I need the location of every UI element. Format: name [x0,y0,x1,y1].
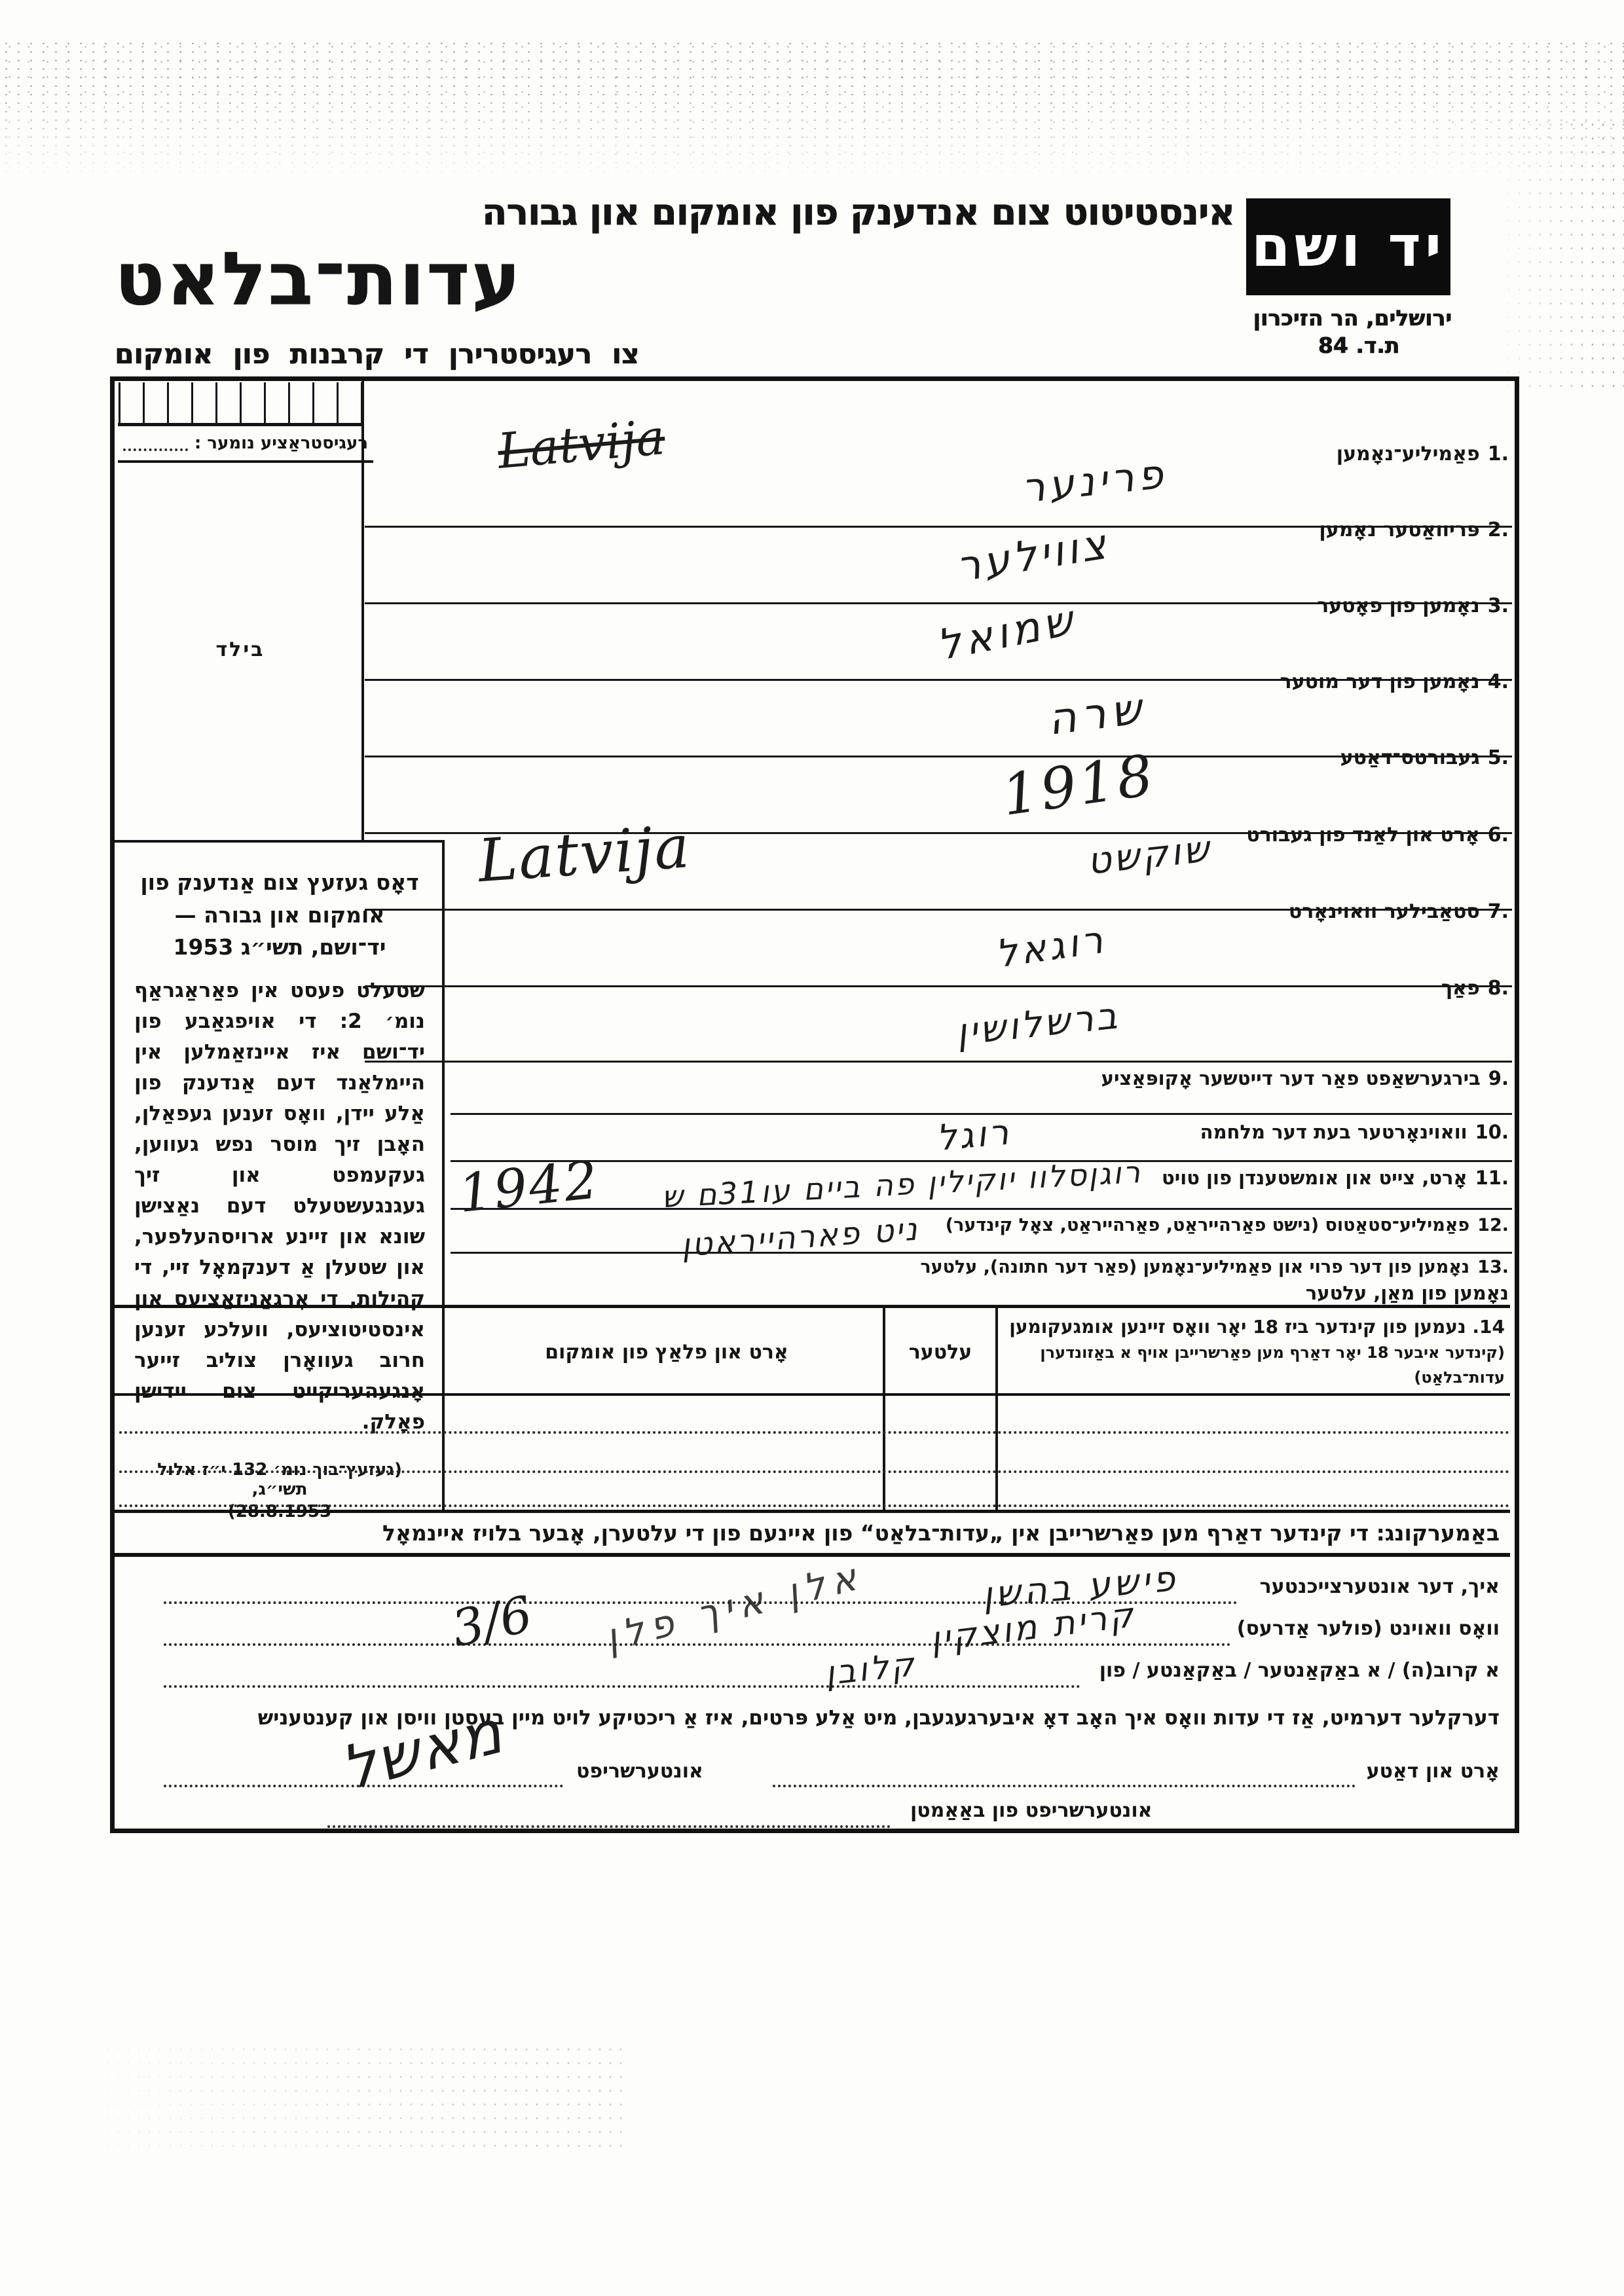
husband-name-label: נאָמען פון מאַן, עלטער [1306,1282,1509,1304]
field-label-3: 3.נאָמען פון פאָטער [1317,594,1509,617]
photo-box-divider [361,381,364,840]
institute-title: אינסטיטוט צום אנדענק פון אומקום און גבור… [216,191,1234,234]
registration-number-row: רעגיסטראַציע נומער : [118,426,373,463]
relative-field [164,1685,1080,1688]
table-row-line-2 [119,1470,1510,1473]
law-title: דאָס געזעץ צום אַנדענק פון אומקום און גב… [134,866,425,964]
law-body: שטעלט פעסט אין פאַראַגראַף נומ׳ 2: די או… [134,975,425,1438]
place-date-field [773,1785,1356,1787]
sidebar-divider [442,843,445,1512]
scanned-testimony-form: אינסטיטוט צום אנדענק פון אומקום און גבור… [0,0,1624,2296]
table-row-line-3 [119,1504,1510,1507]
scan-noise-right [1493,118,1624,393]
field-line-12 [451,1252,1512,1254]
table-header-place: אָרט און פלאַץ פון אומקום [451,1341,883,1364]
scan-noise-bottom [39,2043,629,2147]
address-label: וואָס וואוינט (פולער אַדרעס) [1237,1617,1500,1640]
law-citation-1: (געזעץ־בוך נומ׳ 132 י״ז אלול תשי״ג, [128,1460,432,1499]
field-label-2: 2.פּריוואַטער נאָמען [1319,519,1509,541]
note-bottom-border [115,1553,1510,1557]
official-signature-label: אונטערשריפט פון באַאַמטן [910,1799,1152,1822]
field-label-9: 9.בירגערשאַפט פאַר דער דייטשער אָקופּאַצ… [1101,1067,1509,1089]
undersigned-label: איך, דער אונטערצייכנטער [1260,1575,1500,1598]
page-title: עדות־בלאט [115,237,523,322]
signature-label: אונטערשריפט [576,1760,703,1783]
field-label-5: 5.געבורטס־דאַטע [1340,746,1509,769]
page-subtitle: צו רעגיסטרירן די קרבנות פון אומקום [115,338,639,370]
note-top-border [115,1510,1510,1513]
table-row-line-1 [119,1431,1510,1434]
scan-noise-top [0,39,1624,183]
field-label-8: 8.פאַך [1441,977,1509,1000]
table-col-divider-age-right [995,1305,998,1510]
note-text: באַמערקונג: די קינדער דאַרף מען פאַרשריי… [128,1520,1500,1546]
registration-number-label: רעגיסטראַציע נומער : [194,433,368,453]
field-line-11 [451,1208,1512,1210]
table-header-age: עלטער [885,1341,995,1364]
table-col-divider-age-left [883,1305,885,1510]
address-field [164,1643,1231,1646]
field-label-10: 10.וואוינאָרטער בעת דער מלחמה [1200,1121,1509,1143]
table-top-border [115,1305,1510,1308]
official-signature-field [327,1825,891,1828]
logo-pob: ת.ד. 84 [1300,333,1418,358]
relative-label: א קרוב(ה) / א באַקאַנטער / באַקאַנטע / פ… [1099,1659,1500,1682]
field-label-6: 6.אָרט און לאַנד פון געבורט [1246,824,1509,847]
declaration-text: דערקלער דערמיט, אַז די עדות וואָס איך הא… [151,1702,1500,1735]
table-header-bottom-border [115,1393,1510,1396]
field-label-1: 1.פאַמיליע־נאָמען [1337,443,1509,465]
field-label-13: 13.נאָמען פון דער פרוי און פאַמיליע־נאָמ… [920,1257,1509,1277]
place-date-label: אָרט און דאַטע [1367,1760,1500,1783]
field-line-8 [365,1061,1512,1063]
field-label-4: 4.נאָמען פון דער מוטער [1280,670,1509,693]
table-header-children: 14. נעמען פון קינדער ביז 18 יאָר וואָס ז… [1006,1315,1505,1389]
field-label-11: 11.אָרט, צייט און אומשטענדן פון טויט [1162,1167,1509,1189]
field-line-7 [365,985,1512,987]
field-label-12: 12.פאַמיליע־סטאַטוס (נישט פאַרהייראַט, פ… [946,1215,1509,1235]
logo-text: יד ושם [1251,214,1445,280]
handwriting-war-residence: רוגל [934,1111,1012,1159]
law-sidebar: דאָס געזעץ צום אַנדענק פון אומקום און גב… [115,840,445,1510]
registration-comb [118,382,363,426]
photo-label: בילד [118,638,363,661]
field-label-7: 7.סטאַבילער וואוינאָרט [1289,900,1509,923]
registration-number-field [123,435,188,451]
field-line-10 [451,1160,1512,1162]
yad-vashem-logo: יד ושם [1246,198,1450,295]
logo-city: ירושלים, הר הזיכרון [1234,305,1452,331]
